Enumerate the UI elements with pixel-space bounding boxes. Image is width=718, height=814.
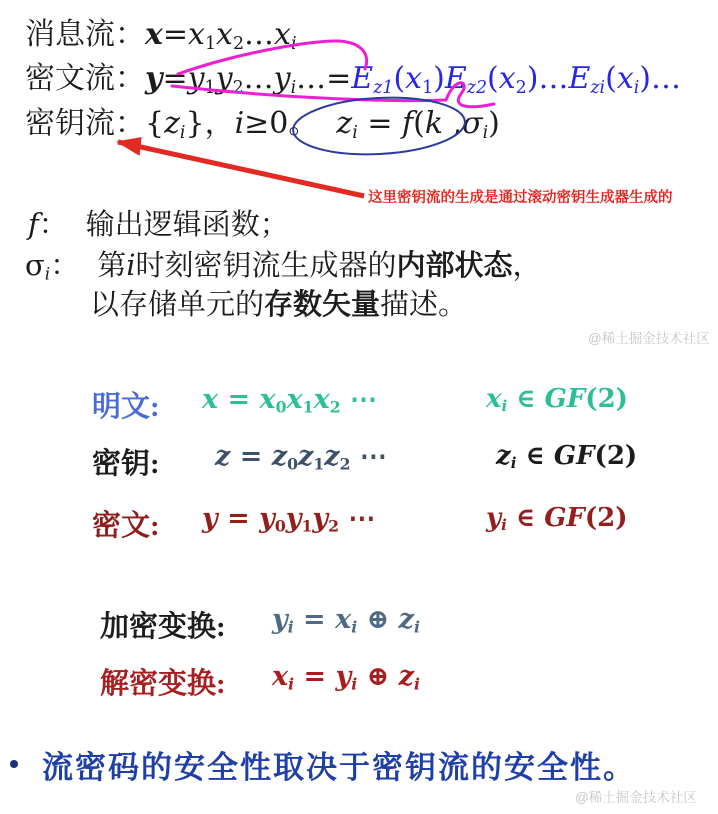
- decrypt-transform-label: 解密变换:: [100, 661, 226, 702]
- ciphertext-domain: yi ∈ GF(2): [486, 503, 628, 534]
- watermark-top: @稀土掘金技术社区: [588, 327, 710, 347]
- key-domain: zi ∈ GF(2): [496, 441, 637, 472]
- decrypt-transform-row: 解密变换: xi = yi ⊕ zi: [0, 661, 718, 701]
- keystream-annotation-text: 这里密钥流的生成是通过滚动密钥生成器生成的: [368, 186, 673, 207]
- storage-vector-line: 以存储单元的存数矢量描述。: [90, 282, 467, 323]
- key-label: 密钥:: [92, 441, 160, 482]
- cipher-stream-line: 密文流：y=y1y2…yi…=Ez1(x1)Ez2(x2)…Ezi(xi)…: [25, 60, 681, 107]
- decrypt-transform-formula: xi = yi ⊕ zi: [272, 661, 420, 693]
- bullet-dot: [10, 760, 18, 768]
- output-logic-function-line: f： 输出逻辑函数；: [28, 202, 289, 243]
- plaintext-row: 明文: x = x0x1x2 ⋯ xi ∈ GF(2): [0, 384, 718, 424]
- ciphertext-label: 密文:: [92, 503, 160, 544]
- key-formula: z = z0z1z2 ⋯: [215, 441, 387, 473]
- plaintext-formula: x = x0x1x2 ⋯: [202, 384, 377, 416]
- plaintext-domain: xi ∈ GF(2): [486, 384, 628, 415]
- ciphertext-row: 密文: y = y0y1y2 ⋯ yi ∈ GF(2): [0, 503, 718, 543]
- ciphertext-formula: y = y0y1y2 ⋯: [202, 503, 375, 535]
- encrypt-transform-row: 加密变换: yi = xi ⊕ zi: [0, 604, 718, 644]
- security-statement: 流密码的安全性取决于密钥流的安全性。: [42, 742, 636, 787]
- key-row: 密钥: z = z0z1z2 ⋯ zi ∈ GF(2): [0, 441, 718, 481]
- encrypt-transform-formula: yi = xi ⊕ zi: [272, 604, 420, 636]
- stream-cipher-slide: 消息流：x=x1x2…xi 密文流：y=y1y2…yi…=Ez1(x1)Ez2(…: [0, 0, 718, 814]
- message-stream-line: 消息流：x=x1x2…xi: [25, 16, 297, 63]
- internal-state-line: σi： 第i时刻密钥流生成器的内部状态，: [25, 243, 542, 284]
- plaintext-label: 明文:: [92, 384, 160, 425]
- encrypt-transform-label: 加密变换:: [100, 604, 226, 645]
- watermark-bottom: @稀土掘金技术社区: [575, 786, 697, 806]
- key-stream-line: 密钥流：{zi}，i≥0。 zi = f(k ,σi): [25, 105, 500, 152]
